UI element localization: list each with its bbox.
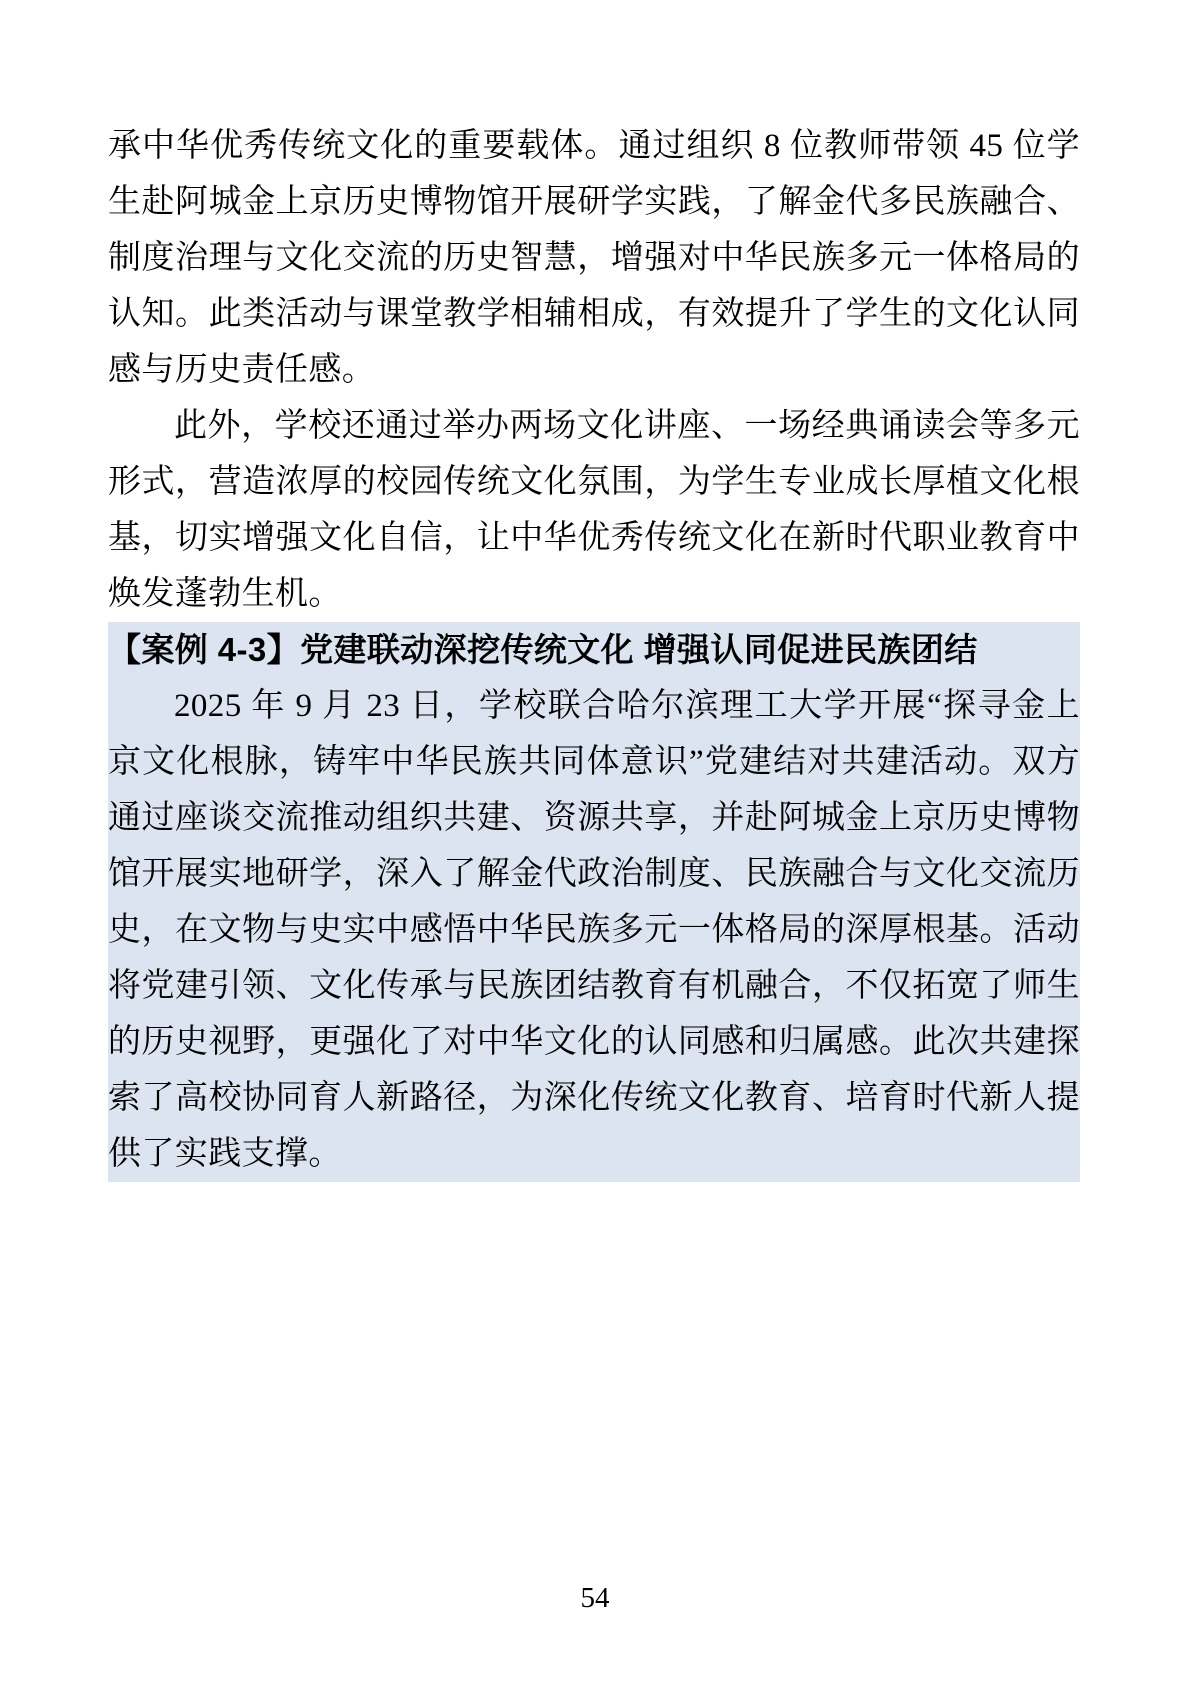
- case-study-body: 2025 年 9 月 23 日，学校联合哈尔滨理工大学开展“探寻金上京文化根脉，…: [108, 678, 1080, 1182]
- document-page: 承中华优秀传统文化的重要载体。通过组织 8 位教师带领 45 位学生赴阿城金上京…: [0, 0, 1190, 1683]
- case-study-heading: 【案例 4-3】党建联动深挖传统文化 增强认同促进民族团结: [108, 622, 1080, 678]
- paragraph-activities: 此外，学校还通过举办两场文化讲座、一场经典诵读会等多元形式，营造浓厚的校园传统文…: [108, 398, 1080, 622]
- case-study-block: 【案例 4-3】党建联动深挖传统文化 增强认同促进民族团结 2025 年 9 月…: [108, 622, 1080, 1182]
- paragraph-continuation: 承中华优秀传统文化的重要载体。通过组织 8 位教师带领 45 位学生赴阿城金上京…: [108, 118, 1080, 398]
- page-content: 承中华优秀传统文化的重要载体。通过组织 8 位教师带领 45 位学生赴阿城金上京…: [108, 118, 1080, 1182]
- page-number: 54: [0, 1581, 1190, 1615]
